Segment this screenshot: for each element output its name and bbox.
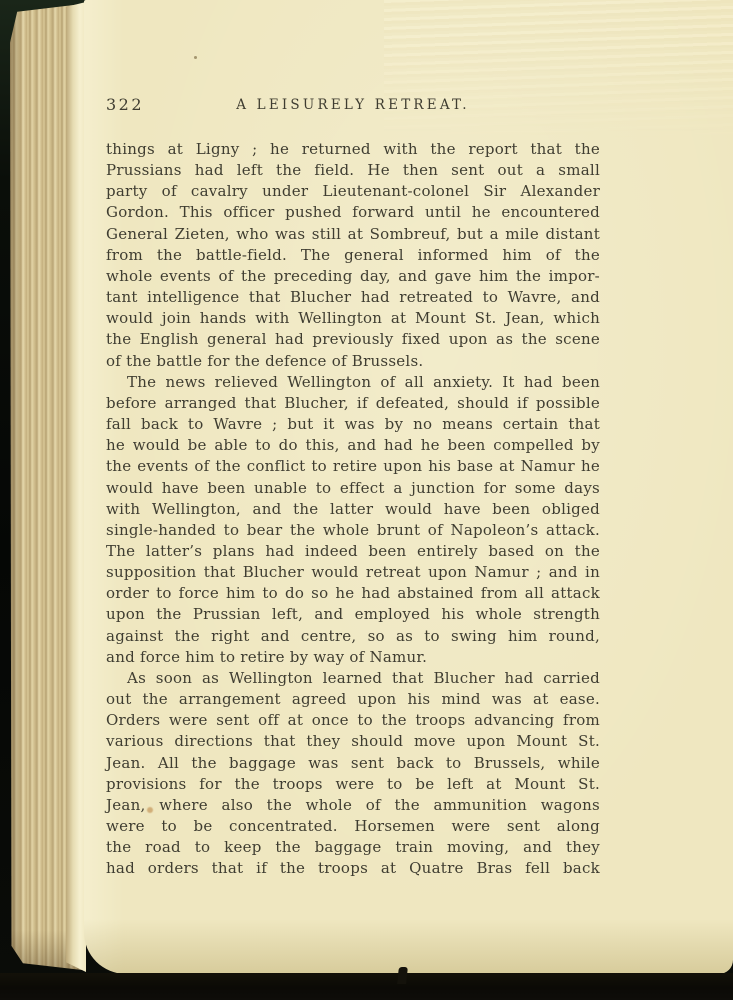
text-line: of the battle for the defence of Brussel… xyxy=(106,351,600,372)
text-line: would join hands with Wellington at Moun… xyxy=(106,308,600,329)
text-line: Gordon. This officer pushed forward unti… xyxy=(106,202,600,223)
text-line: would have been unable to effect a junct… xyxy=(106,478,600,499)
text-line: against the right and centre, so as to s… xyxy=(106,626,600,647)
text-line: the English general had previously fixed… xyxy=(106,329,600,350)
text-line: were to be concentrated. Horsemen were s… xyxy=(106,816,600,837)
text-line: party of cavalry under Lieutenant-colone… xyxy=(106,181,600,202)
book-scan: 322 A LEISURELY RETREAT. things at Ligny… xyxy=(0,0,733,1000)
text-line: As soon as Wellington learned that Bluch… xyxy=(106,668,600,689)
text-line: with Wellington, and the latter would ha… xyxy=(106,499,600,520)
text-line: fall back to Wavre ; but it was by no me… xyxy=(106,414,600,435)
text-line: the road to keep the baggage train movin… xyxy=(106,837,600,858)
text-line: from the battle-field. The general infor… xyxy=(106,245,600,266)
text-line: various directions that they should move… xyxy=(106,731,600,752)
text-line: The news relieved Wellington of all anxi… xyxy=(106,372,600,393)
text-line: single-handed to bear the whole brunt of… xyxy=(106,520,600,541)
text-block: things at Ligny ; he returned with the r… xyxy=(106,139,600,879)
paragraph: The news relieved Wellington of all anxi… xyxy=(106,372,600,668)
text-line: Prussians had left the field. He then se… xyxy=(106,160,600,181)
paper-speck xyxy=(194,56,197,59)
current-page-edge xyxy=(66,2,86,972)
text-line: whole events of the preceding day, and g… xyxy=(106,266,600,287)
running-title: A LEISURELY RETREAT. xyxy=(106,97,600,113)
text-line: upon the Prussian left, and employed his… xyxy=(106,604,600,625)
text-line: General Zieten, who was still at Sombreu… xyxy=(106,224,600,245)
table-surface xyxy=(0,973,733,1000)
text-line: things at Ligny ; he returned with the r… xyxy=(106,139,600,160)
text-line: and force him to retire by way of Namur. xyxy=(106,647,600,668)
page-edge-streaks xyxy=(384,0,733,150)
text-line: the events of the conflict to retire upo… xyxy=(106,456,600,477)
book-clasp-mark xyxy=(397,967,408,984)
text-line: The latter’s plans had indeed been entir… xyxy=(106,541,600,562)
text-line: supposition that Blucher would retreat u… xyxy=(106,562,600,583)
text-line: provisions for the troops were to be lef… xyxy=(106,774,600,795)
text-line: tant intelligence that Blucher had retre… xyxy=(106,287,600,308)
text-line: had orders that if the troops at Quatre … xyxy=(106,858,600,879)
page-header: 322 A LEISURELY RETREAT. xyxy=(106,95,600,117)
foxing-spot xyxy=(147,807,153,813)
text-line: out the arrangement agreed upon his mind… xyxy=(106,689,600,710)
text-line: order to force him to do so he had absta… xyxy=(106,583,600,604)
text-line: Orders were sent off at once to the troo… xyxy=(106,710,600,731)
paragraph: things at Ligny ; he returned with the r… xyxy=(106,139,600,372)
text-line: before arranged that Blucher, if defeate… xyxy=(106,393,600,414)
text-line: Jean. All the baggage was sent back to B… xyxy=(106,753,600,774)
text-line: Jean, where also the whole of the ammuni… xyxy=(106,795,600,816)
text-line: he would be able to do this, and had he … xyxy=(106,435,600,456)
paragraph: As soon as Wellington learned that Bluch… xyxy=(106,668,600,880)
